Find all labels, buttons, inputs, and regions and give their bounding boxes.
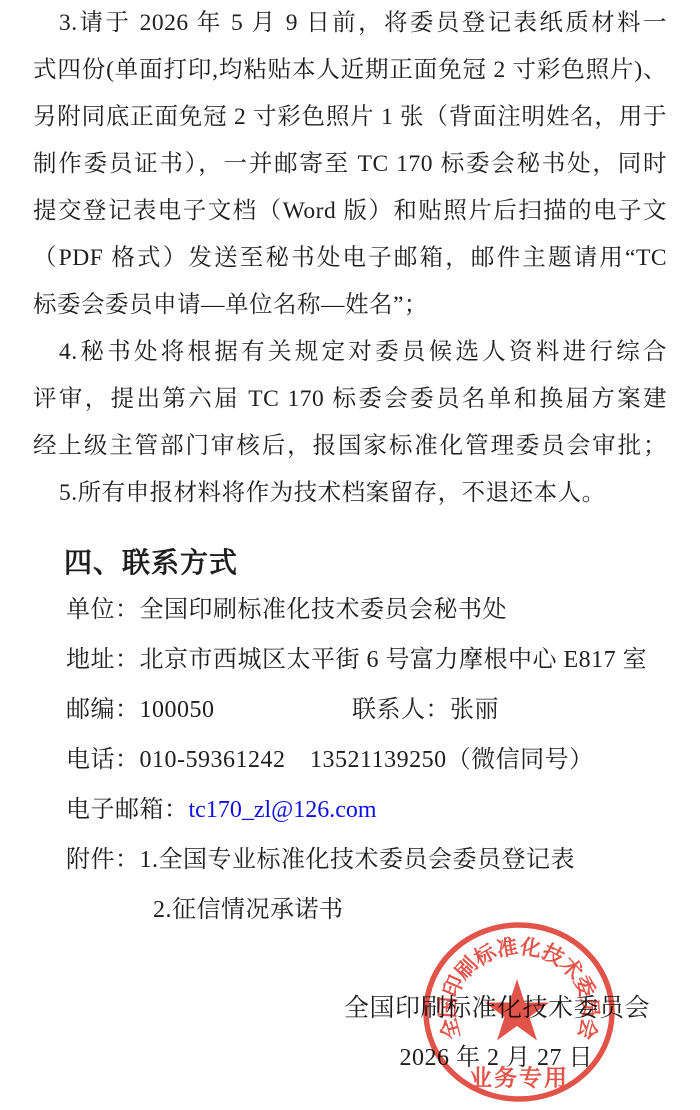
phone-value: 010-59361242 13521139250（微信同号） <box>140 747 594 773</box>
body-line: 提交登记表电子文档（Word 版）和贴照片后扫描的电子文档 <box>33 188 667 235</box>
contact-block: 单位：全国印刷标准化技术委员会秘书处 地址：北京市西城区太平街 6 号富力摩根中… <box>66 585 667 935</box>
email-label: 电子邮箱： <box>66 797 189 823</box>
unit-label: 单位： <box>66 597 140 623</box>
body-line: 3.请于 2026 年 5 月 9 日前，将委员登记表纸质材料一 <box>33 0 667 47</box>
contact-line-phone: 电话：010-59361242 13521139250（微信同号） <box>66 735 667 785</box>
contact-line-postal: 邮编：100050 联系人：张丽 <box>66 685 667 735</box>
body-line: 制作委员证书），一并邮寄至 TC 170 标委会秘书处，同时 <box>33 141 667 188</box>
contact-person: 联系人：张丽 <box>352 685 499 735</box>
body-line: 评审，提出第六届 TC 170 标委会委员名单和换届方案建议， <box>33 376 667 423</box>
contact-line-email: 电子邮箱：tc170_zl@126.com <box>66 785 667 835</box>
person-label: 联系人： <box>352 697 450 723</box>
unit-value: 全国印刷标准化技术委员会秘书处 <box>140 597 508 623</box>
address-label: 地址： <box>66 647 140 673</box>
seal-arc-char: 全 <box>436 1016 465 1042</box>
attachment1-value: 1.全国专业标准化技术委员会委员登记表 <box>140 847 576 873</box>
attachment-label: 附件： <box>66 847 140 873</box>
phone-label: 电话： <box>66 747 140 773</box>
body-line: 式四份(单面打印,均粘贴本人近期正面免冠 2 寸彩色照片)、 <box>33 47 667 94</box>
contact-line-address: 地址：北京市西城区太平街 6 号富力摩根中心 E817 室 <box>66 635 667 685</box>
person-value: 张丽 <box>450 697 499 723</box>
body-text: 3.请于 2026 年 5 月 9 日前，将委员登记表纸质材料一 式四份(单面打… <box>33 0 667 517</box>
body-line: 5.所有申报材料将作为技术档案留存，不退还本人。 <box>33 470 667 517</box>
seal-arc-char: 会 <box>573 1016 602 1042</box>
body-line: （PDF 格式）发送至秘书处电子邮箱，邮件主题请用“TC 170 <box>33 235 667 282</box>
seal-star-icon <box>485 979 550 1041</box>
body-line: 经上级主管部门审核后，报国家标准化管理委员会审批； <box>33 423 667 470</box>
contact-line-unit: 单位：全国印刷标准化技术委员会秘书处 <box>66 585 667 635</box>
body-line: 4.秘书处将根据有关规定对委员候选人资料进行综合 <box>33 329 667 376</box>
seal-arc-char: 准 <box>495 934 520 961</box>
body-line: 标委会委员申请—单位名称—姓名”； <box>33 282 667 329</box>
postal-value: 100050 <box>140 697 215 723</box>
postal-label: 邮编： <box>66 697 140 723</box>
address-value: 北京市西城区太平街 6 号富力摩根中心 E817 室 <box>140 647 648 673</box>
email-link[interactable]: tc170_zl@126.com <box>189 797 377 823</box>
section-heading: 四、联系方式 <box>64 539 238 586</box>
document-page: 3.请于 2026 年 5 月 9 日前，将委员登记表纸质材料一 式四份(单面打… <box>0 0 700 1110</box>
contact-line-attachment1: 附件：1.全国专业标准化技术委员会委员登记表 <box>66 835 667 885</box>
seal-bottom-text: 业务专用 <box>469 1065 569 1091</box>
attachment2-value: 2.征信情况承诺书 <box>153 897 344 923</box>
official-seal-stamp: 全国印刷标准化技术委员会 业务专用 <box>413 910 625 1110</box>
body-line: 另附同底正面免冠 2 寸彩色照片 1 张（背面注明姓名，用于 <box>33 94 667 141</box>
